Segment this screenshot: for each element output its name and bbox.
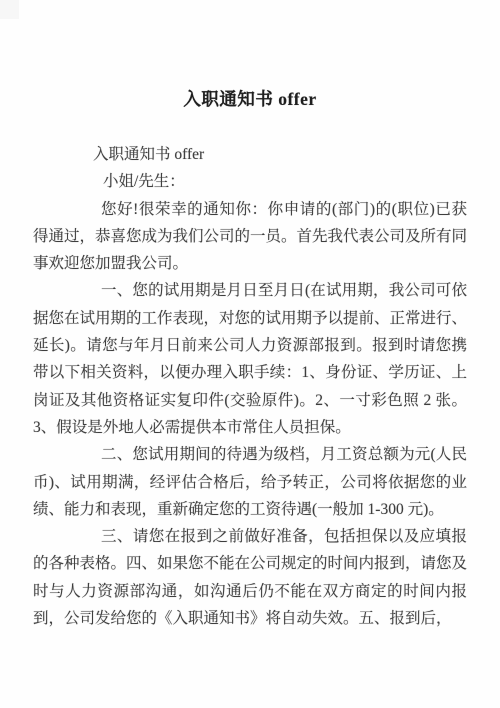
document-page: 入职通知书 offer 入职通知书 offer 小姐/先生： 您好!很荣幸的通知… <box>0 0 500 708</box>
body-heading-line: 入职通知书 offer <box>33 141 467 168</box>
body-paragraph-greeting: 您好!很荣幸的通知你：你申请的(部门)的(职位)已获得通过，恭喜您成为我们公司的… <box>33 196 467 278</box>
document-title: 入职通知书 offer <box>0 86 500 111</box>
document-body: 入职通知书 offer 小姐/先生： 您好!很荣幸的通知你：你申请的(部门)的(… <box>33 141 467 632</box>
body-paragraph-probation: 一、您的试用期是月日至月日(在试用期，我公司可依据您在试用期的工作表现，对您的试… <box>33 277 467 441</box>
salutation-line: 小姐/先生： <box>33 168 467 195</box>
body-paragraph-reporting: 三、请您在报到之前做好准备，包括担保以及应填报的各种表格。四、如果您不能在公司规… <box>33 523 467 632</box>
scan-artifact <box>0 0 19 19</box>
body-paragraph-salary: 二、您试用期间的待遇为级档，月工资总额为元(人民币)、试用期满，经评估合格后，给… <box>33 441 467 523</box>
